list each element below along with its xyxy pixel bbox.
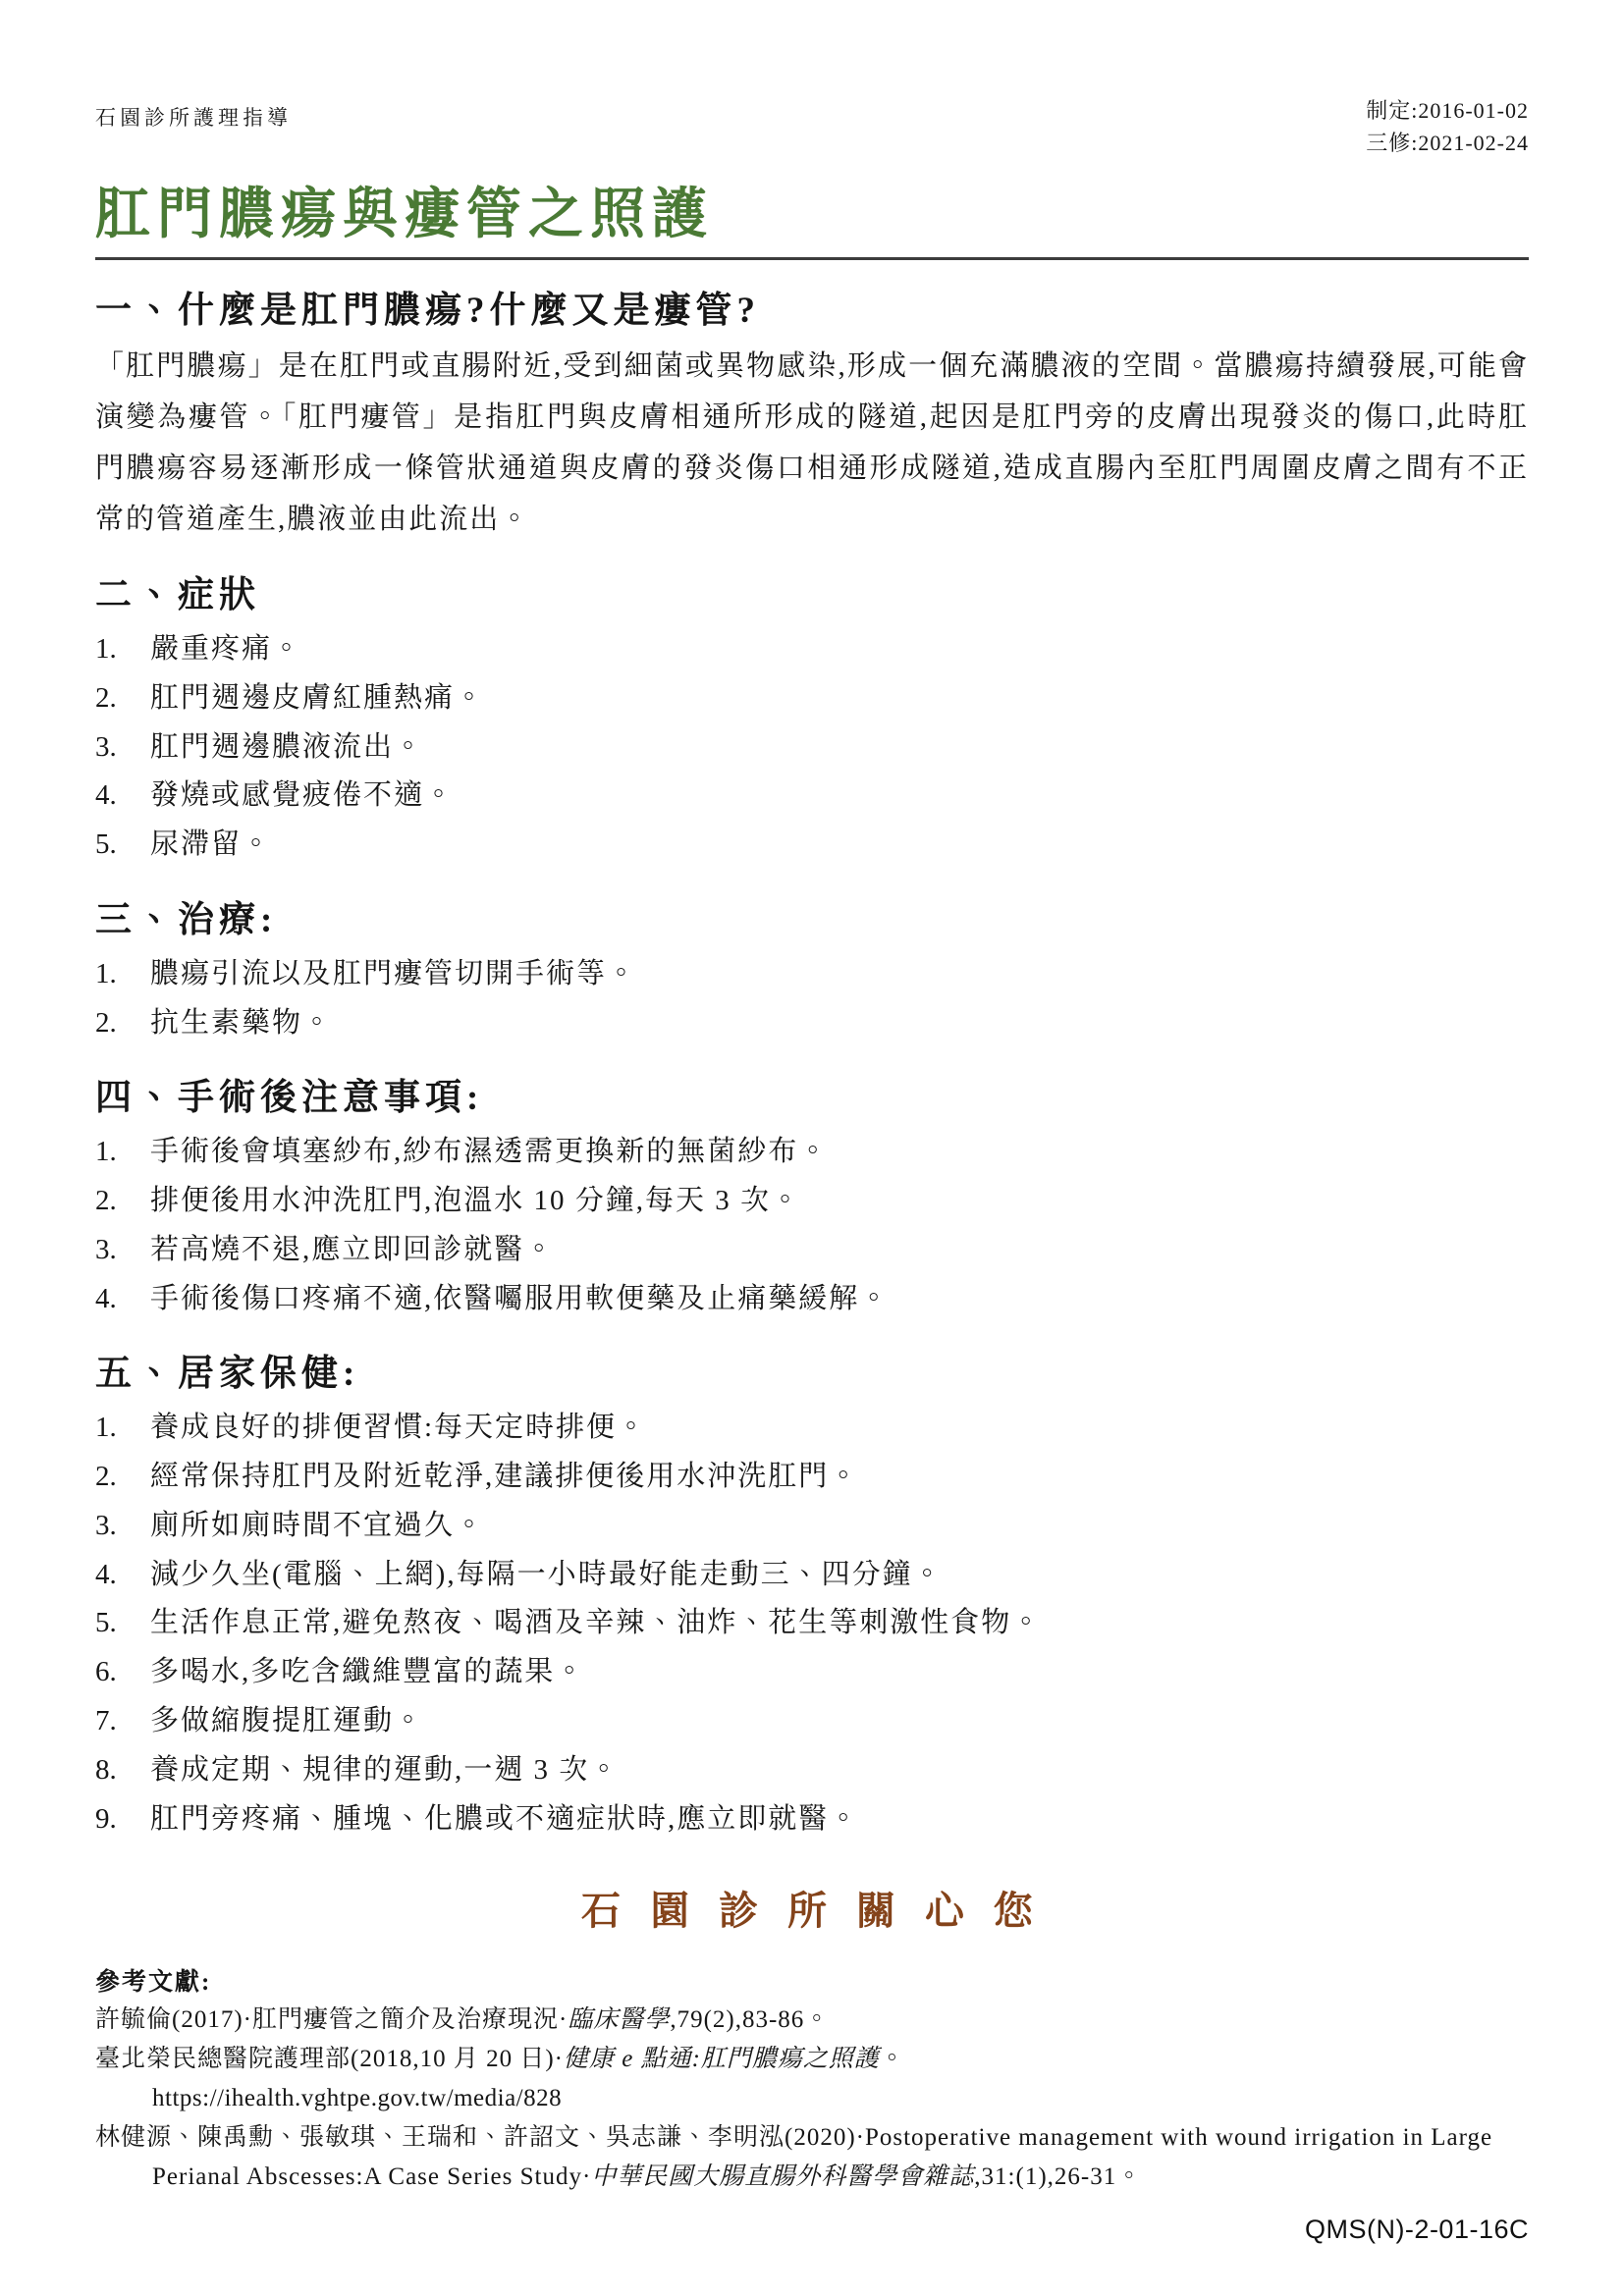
list-item-text: 多做縮腹提肛運動。 [150,1697,1529,1746]
reference-text: 許毓倫(2017)·肛門瘻管之簡介及治療現況· [95,2006,568,2033]
list-item-text: 手術後傷口疼痛不適,依醫囑服用軟便藥及止痛藥緩解。 [150,1275,1529,1324]
list-item-text: 發燒或感覺疲倦不適。 [150,772,1529,821]
reference-journal-title: 臨床醫學 [568,2006,670,2033]
list-item-number: 6. [95,1648,150,1697]
list-item: 8.養成定期、規律的運動,一週 3 次。 [95,1746,1529,1795]
list-item-number: 1. [95,1404,150,1453]
list-item: 6.多喝水,多吃含纖維豐富的蔬果。 [95,1648,1529,1697]
list-item-number: 9. [95,1795,150,1844]
reference-journal-title: 健康 e 點通:肛門膿瘍之照護 [564,2046,880,2072]
list-item-number: 8. [95,1746,150,1795]
list-item-text: 嚴重疼痛。 [150,625,1529,674]
list-item-text: 廁所如廁時間不宜過久。 [150,1502,1529,1551]
list-item-number: 4. [95,1551,150,1600]
list-item-number: 3. [95,1502,150,1551]
reference-text: 。 [880,2046,905,2072]
list-item-text: 手術後會填塞紗布,紗布濕透需更換新的無菌紗布。 [150,1128,1529,1177]
list-item-number: 2. [95,1177,150,1226]
list-item-number: 1. [95,1128,150,1177]
clinic-slogan: 石 園 診 所 關 心 您 [95,1884,1529,1939]
list-item-number: 1. [95,950,150,999]
list-item: 5.尿滯留。 [95,821,1529,870]
list-item-number: 5. [95,821,150,870]
list-item-text: 養成定期、規律的運動,一週 3 次。 [150,1746,1529,1795]
section-heading-treatment: 三、治療: [95,893,1529,948]
list-item-text: 若高燒不退,應立即回診就醫。 [150,1226,1529,1275]
references-list: 許毓倫(2017)·肛門瘻管之簡介及治療現況·臨床醫學,79(2),83-86。… [95,2001,1568,2197]
list-item: 2.排便後用水沖洗肛門,泡溫水 10 分鐘,每天 3 次。 [95,1177,1529,1226]
section-heading-symptoms: 二、症狀 [95,568,1529,623]
reference-text: ,79(2),83-86。 [670,2006,830,2033]
list-item-number: 3. [95,723,150,773]
list-item: 5.生活作息正常,避免熬夜、喝酒及辛辣、油炸、花生等刺激性食物。 [95,1599,1529,1648]
list-item: 4.手術後傷口疼痛不適,依醫囑服用軟便藥及止痛藥緩解。 [95,1275,1529,1324]
list-item-text: 減少久坐(電腦、上網),每隔一小時最好能走動三、四分鐘。 [150,1551,1529,1600]
list-item-text: 肛門旁疼痛、腫塊、化膿或不適症狀時,應立即就醫。 [150,1795,1529,1844]
treatment-list: 1.膿瘍引流以及肛門瘻管切開手術等。 2.抗生素藥物。 [95,950,1529,1048]
list-item: 4.減少久坐(電腦、上網),每隔一小時最好能走動三、四分鐘。 [95,1551,1529,1600]
list-item-text: 膿瘍引流以及肛門瘻管切開手術等。 [150,950,1529,999]
established-date: 制定:2016-01-02 [1366,94,1529,127]
definition-paragraph: 「肛門膿瘍」是在肛門或直腸附近,受到細菌或異物感染,形成一個充滿膿液的空間。當膿… [95,341,1529,546]
list-item-number: 3. [95,1226,150,1275]
reference-url: https://ihealth.vghtpe.gov.tw/media/828 [95,2079,1568,2118]
document-page: 石園診所護理指導 制定:2016-01-02 三修:2021-02-24 肛門膿… [0,0,1624,2296]
list-item: 7.多做縮腹提肛運動。 [95,1697,1529,1746]
home-care-list: 1.養成良好的排便習慣:每天定時排便。 2.經常保持肛門及附近乾淨,建議排便後用… [95,1404,1529,1844]
list-item: 1.養成良好的排便習慣:每天定時排便。 [95,1404,1529,1453]
reference-entry: 臺北榮民總醫院護理部(2018,10 月 20 日)·健康 e 點通:肛門膿瘍之… [95,2040,1568,2079]
clinic-guidance-label: 石園診所護理指導 [95,94,292,132]
list-item: 1.手術後會填塞紗布,紗布濕透需更換新的無菌紗布。 [95,1128,1529,1177]
section-heading-home-care: 五、居家保健: [95,1347,1529,1402]
page-header: 石園診所護理指導 制定:2016-01-02 三修:2021-02-24 [95,94,1529,159]
list-item: 4.發燒或感覺疲倦不適。 [95,772,1529,821]
list-item-number: 1. [95,625,150,674]
list-item-text: 抗生素藥物。 [150,999,1529,1048]
section-heading-postop-care: 四、手術後注意事項: [95,1071,1529,1126]
reference-entry: 林健源、陳禹勳、張敏琪、王瑞和、許詔文、吳志謙、李明泓(2020)·Postop… [95,2118,1568,2197]
list-item-number: 2. [95,1453,150,1502]
list-item-number: 2. [95,999,150,1048]
list-item-text: 多喝水,多吃含纖維豐富的蔬果。 [150,1648,1529,1697]
reference-text: 臺北榮民總醫院護理部(2018,10 月 20 日)· [95,2046,564,2072]
list-item: 1.膿瘍引流以及肛門瘻管切開手術等。 [95,950,1529,999]
list-item-text: 尿滯留。 [150,821,1529,870]
list-item-number: 7. [95,1697,150,1746]
list-item-number: 4. [95,772,150,821]
symptoms-list: 1.嚴重疼痛。 2.肛門週邊皮膚紅腫熱痛。 3.肛門週邊膿液流出。 4.發燒或感… [95,625,1529,870]
page-title: 肛門膿瘍與瘻管之照護 [95,181,1529,249]
list-item-text: 排便後用水沖洗肛門,泡溫水 10 分鐘,每天 3 次。 [150,1177,1529,1226]
references-heading: 參考文獻: [95,1964,1529,2002]
reference-journal-title: 中華民國大腸直腸外科醫學會雜誌 [591,2163,974,2190]
list-item-text: 肛門週邊膿液流出。 [150,723,1529,773]
list-item-number: 5. [95,1599,150,1648]
list-item-text: 生活作息正常,避免熬夜、喝酒及辛辣、油炸、花生等刺激性食物。 [150,1599,1529,1648]
list-item-text: 養成良好的排便習慣:每天定時排便。 [150,1404,1529,1453]
section-heading-definition: 一、什麼是肛門膿瘍?什麼又是瘻管? [95,284,1529,339]
reference-text: ,31:(1),26-31。 [974,2163,1142,2190]
postop-care-list: 1.手術後會填塞紗布,紗布濕透需更換新的無菌紗布。 2.排便後用水沖洗肛門,泡溫… [95,1128,1529,1324]
list-item-text: 肛門週邊皮膚紅腫熱痛。 [150,674,1529,723]
revision-dates: 制定:2016-01-02 三修:2021-02-24 [1366,94,1529,159]
list-item: 2.肛門週邊皮膚紅腫熱痛。 [95,674,1529,723]
revision-date: 三修:2021-02-24 [1366,127,1529,159]
list-item: 2.經常保持肛門及附近乾淨,建議排便後用水沖洗肛門。 [95,1453,1529,1502]
title-divider [95,257,1529,260]
list-item: 3.若高燒不退,應立即回診就醫。 [95,1226,1529,1275]
list-item-text: 經常保持肛門及附近乾淨,建議排便後用水沖洗肛門。 [150,1453,1529,1502]
list-item: 9.肛門旁疼痛、腫塊、化膿或不適症狀時,應立即就醫。 [95,1795,1529,1844]
list-item: 3.肛門週邊膿液流出。 [95,723,1529,773]
list-item-number: 2. [95,674,150,723]
reference-entry: 許毓倫(2017)·肛門瘻管之簡介及治療現況·臨床醫學,79(2),83-86。 [95,2001,1568,2040]
list-item: 2.抗生素藥物。 [95,999,1529,1048]
list-item-number: 4. [95,1275,150,1324]
list-item: 3.廁所如廁時間不宜過久。 [95,1502,1529,1551]
document-code: QMS(N)-2-01-16C [95,2215,1529,2245]
list-item: 1.嚴重疼痛。 [95,625,1529,674]
